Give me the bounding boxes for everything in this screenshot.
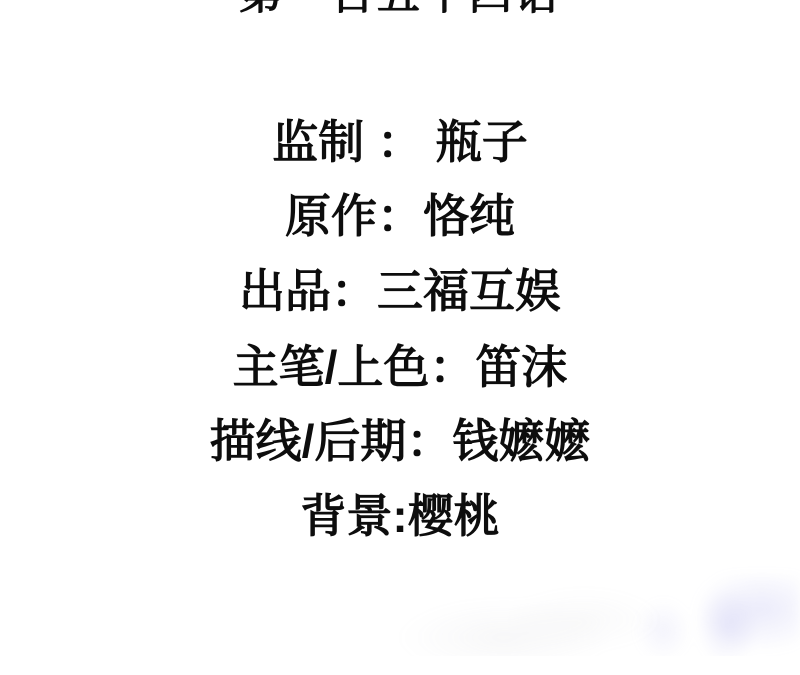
- credit-line-producer: 出品：三福互娱: [0, 268, 800, 314]
- chapter-title: 第一百五十四话: [0, 0, 800, 17]
- bottom-white-band: [0, 656, 800, 675]
- credit-line-lead-artist-coloring: 主笔/上色：笛沫: [0, 344, 800, 390]
- next-panel-blur-gray: [360, 570, 680, 660]
- comic-credits-page: 第一百五十四话 监制 ： 瓶子 原作：恪纯 出品：三福互娱 主笔/上色：笛沫 描…: [0, 0, 800, 675]
- credit-line-supervisor: 监制 ： 瓶子: [0, 119, 800, 165]
- credit-line-background: 背景:樱桃: [0, 493, 800, 539]
- credit-line-lineart-postproduction: 描线/后期：钱嬷嬷: [0, 418, 800, 464]
- credit-line-original-work: 原作：恪纯: [0, 193, 800, 239]
- next-panel-blur-lavender: [610, 575, 800, 660]
